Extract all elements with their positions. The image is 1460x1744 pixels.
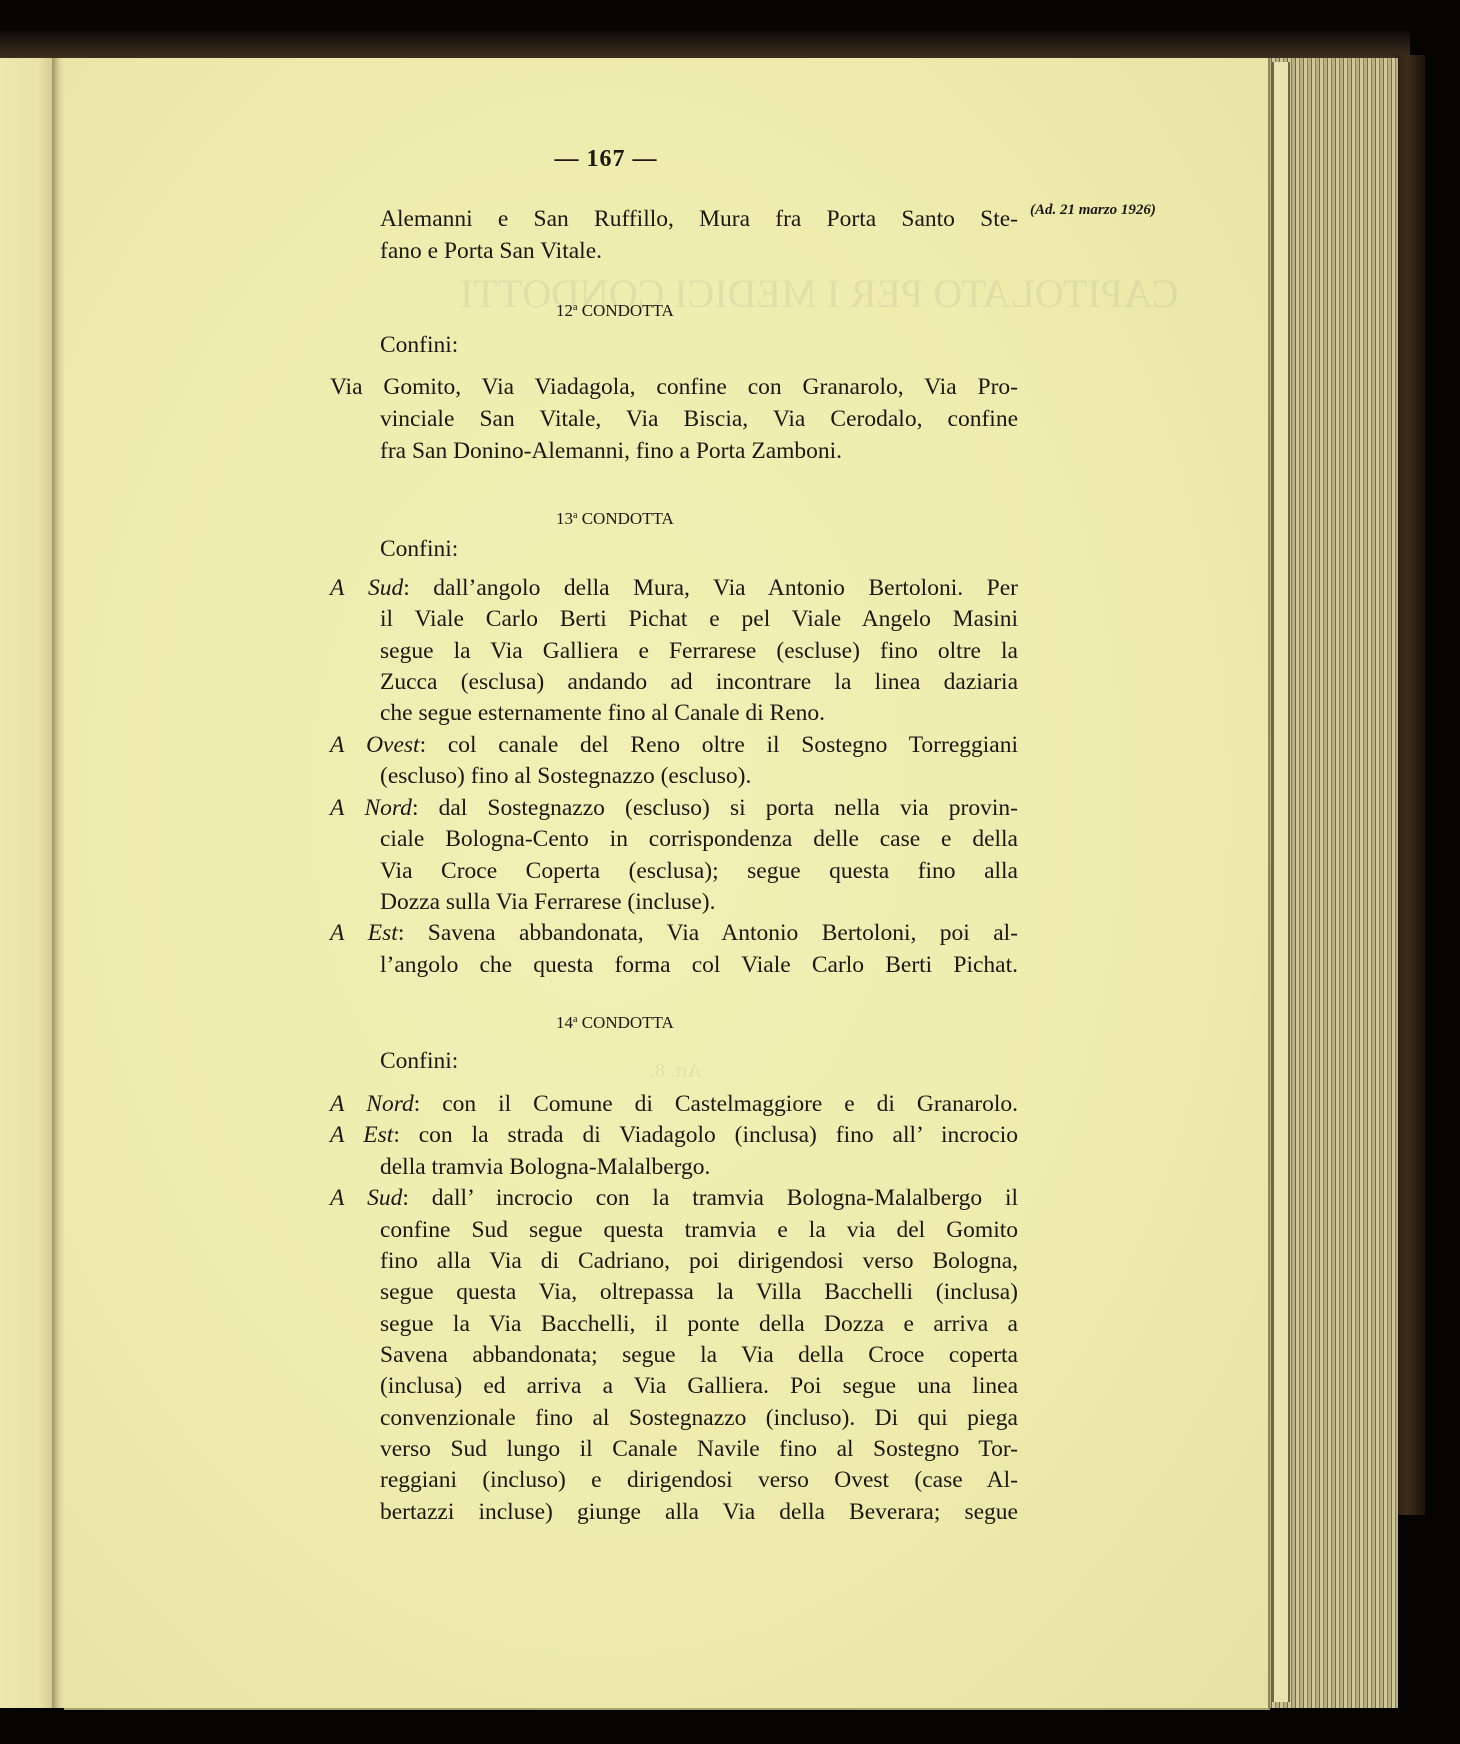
entry-ovest-first-line: A Ovest: col canale del Reno oltre il So… <box>330 734 1018 758</box>
body-line: che segue esternamente fino al Canale di… <box>380 702 825 726</box>
body-line: Via Croce Coperta (esclusa); segue quest… <box>380 860 1018 884</box>
body-line: il Viale Carlo Berti Pichat e pel Viale … <box>380 608 1018 632</box>
body-line: della tramvia Bologna-Malalbergo. <box>380 1156 710 1180</box>
entry-nord-first-line: A Nord: con il Comune di Castelmaggiore … <box>330 1093 1018 1117</box>
body-line: verso Sud lungo il Canale Navile fino al… <box>380 1438 1018 1462</box>
body-line: l’angolo che questa forma col Viale Carl… <box>380 954 1018 978</box>
body-line: Dozza sulla Via Ferrarese (incluse). <box>380 891 716 915</box>
confini-label: Confini: <box>380 334 458 358</box>
body-line: confine Sud segue questa tramvia e la vi… <box>380 1219 1018 1243</box>
confini-label: Confini: <box>380 538 458 562</box>
body-line: Zucca (esclusa) andando ad incontrare la… <box>380 671 1018 695</box>
page-text: — 167 — (Ad. 21 marzo 1926) Alemanni e S… <box>0 0 1460 1744</box>
body-line: fra San Donino-Alemanni, fino a Porta Za… <box>380 440 842 464</box>
entry-est-first-line: A Est: Savena abbandonata, Via Antonio B… <box>330 922 1018 946</box>
entry-sud-first-line: A Sud: dall’ incrocio con la tramvia Bol… <box>330 1187 1018 1211</box>
body-line: segue la Via Bacchelli, il ponte della D… <box>380 1313 1018 1337</box>
page-number: — 167 — <box>541 146 671 173</box>
section-heading-14: 14a CONDOTTA <box>556 1013 776 1033</box>
body-line: segue questa Via, oltrepassa la Villa Ba… <box>380 1281 1018 1305</box>
body-line: Savena abbandonata; segue la Via della C… <box>380 1344 1018 1368</box>
margin-note: (Ad. 21 marzo 1926) <box>1030 202 1156 219</box>
body-line: ciale Bologna-Cento in corrispondenza de… <box>380 828 1018 852</box>
body-line: reggiani (incluso) e dirigendosi verso O… <box>380 1469 1018 1493</box>
entry-sud-first-line: A Sud: dall’angolo della Mura, Via Anton… <box>330 577 1018 601</box>
body-line: Via Gomito, Via Viadagola, confine con G… <box>330 376 1018 400</box>
body-line: segue la Via Galliera e Ferrarese (esclu… <box>380 640 1018 664</box>
body-line: (escluso) fino al Sostegnazzo (escluso). <box>380 765 751 789</box>
continuation-line: fano e Porta San Vitale. <box>380 240 602 264</box>
scanned-book-spread: CAPITOLATO PER I MEDICI CONDOTTI Art. 8.… <box>0 0 1460 1744</box>
section-heading-12: 12a CONDOTTA <box>556 301 776 321</box>
entry-nord-first-line: A Nord: dal Sostegnazzo (escluso) si por… <box>330 797 1018 821</box>
body-line: (inclusa) ed arriva a Via Galliera. Poi … <box>380 1375 1018 1399</box>
confini-label: Confini: <box>380 1050 458 1074</box>
continuation-line: Alemanni e San Ruffillo, Mura fra Porta … <box>380 208 1018 232</box>
body-line: vinciale San Vitale, Via Biscia, Via Cer… <box>380 408 1018 432</box>
body-line: bertazzi incluse) giunge alla Via della … <box>380 1501 1018 1525</box>
body-line: convenzionale fino al Sostegnazzo (inclu… <box>380 1407 1018 1431</box>
entry-est-first-line: A Est: con la strada di Viadagolo (inclu… <box>330 1124 1018 1148</box>
section-heading-13: 13a CONDOTTA <box>556 509 776 529</box>
body-line: fino alla Via di Cadriano, poi dirigendo… <box>380 1250 1018 1274</box>
